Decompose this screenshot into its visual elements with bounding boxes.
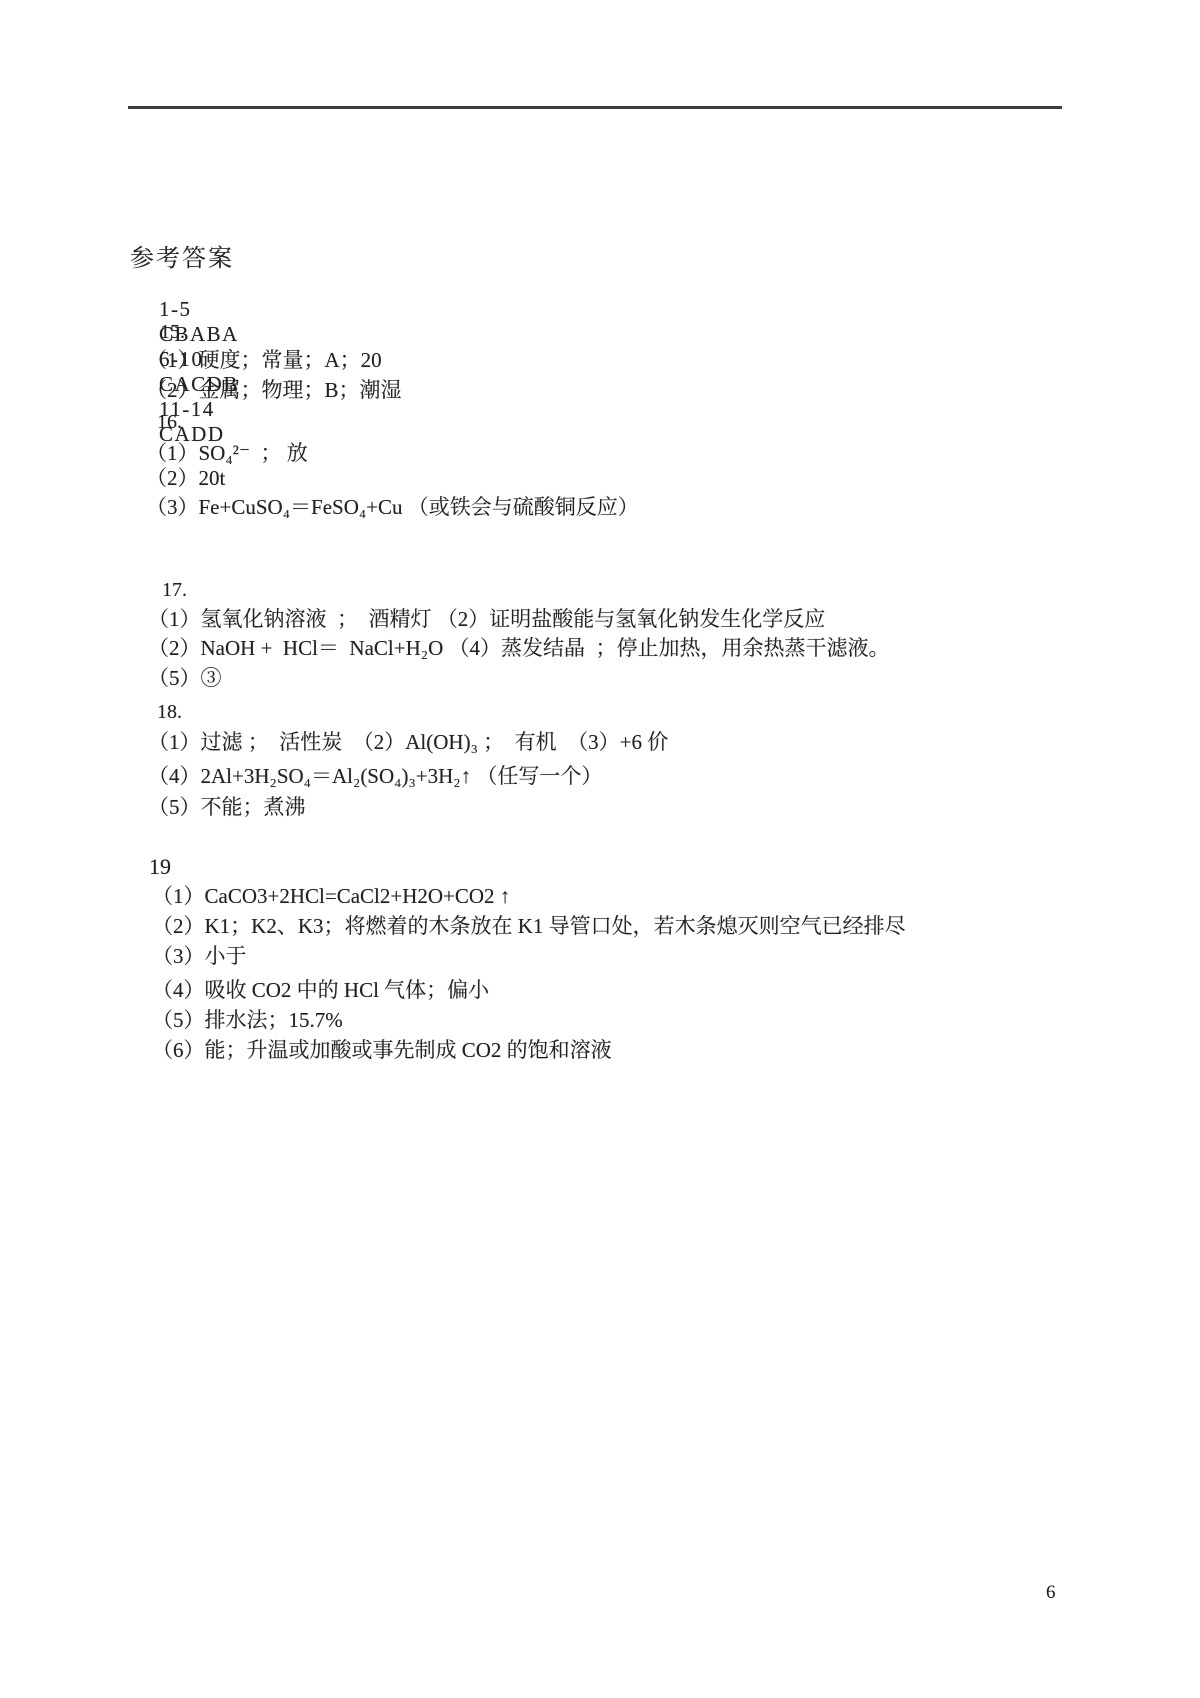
answer-line-19-1: （1）CaCO3+2HCl=CaCl2+H2O+CO2 ↑ (152, 884, 510, 908)
answer-line-15-2: （2）金属；物理；B；潮湿 (146, 378, 402, 402)
answer-line-19-6: （6）能；升温或加酸或事先制成 CO2 的饱和溶液 (152, 1038, 612, 1062)
answer-line-19-5: （5）排水法；15.7% (152, 1008, 343, 1032)
page-number: 6 (1046, 1582, 1056, 1604)
answer-line-16-2: （2）20t (146, 466, 225, 490)
mc-range-1: 1-5 (159, 297, 192, 321)
answer-line-18-3: （5）不能；煮沸 (148, 795, 306, 819)
section-19-heading: 19 (149, 855, 171, 879)
answer-line-15-1: （1）硬度；常量；A；20 (146, 348, 382, 372)
answer-line-19-4: （4）吸收 CO2 中的 HCl 气体；偏小 (152, 978, 489, 1002)
answer-line-18-2: （4）2Al+3H₂SO₄＝Al₂(SO₄)₃+3H₂↑ （任写一个） (148, 764, 602, 788)
answer-line-18-1: （1）过滤 ； 活性炭 （2）Al(OH)₃ ； 有机 （3）+6 价 (148, 730, 668, 754)
section-17-heading: 17. (162, 578, 187, 602)
section-15-heading: 15. (160, 320, 185, 344)
section-18-heading: 18. (157, 700, 182, 724)
answer-line-17-1: （1）氢氧化钠溶液 ； 酒精灯 （2）证明盐酸能与氢氧化钠发生化学反应 (148, 607, 825, 631)
answer-line-19-2: （2）K1；K2、K3；将燃着的木条放在 K1 导管口处，若木条熄灭则空气已经排… (152, 914, 906, 938)
section-16-heading: 16. (157, 410, 182, 434)
answer-line-19-3: （3）小于 (152, 944, 247, 968)
answer-line-16-1: （1）SO₄²⁻ ； 放 (146, 441, 308, 465)
answer-line-16-3: （3）Fe+CuSO₄＝FeSO₄+Cu （或铁会与硫酸铜反应） (146, 495, 639, 519)
answer-line-17-3: （5）③ (148, 666, 222, 690)
header-rule (128, 106, 1062, 109)
answer-line-17-2: （2）NaOH + HCl＝ NaCl+H₂O （4）蒸发结晶 ；停止加热，用余… (148, 636, 890, 660)
answers-title: 参考答案 (130, 238, 234, 273)
document-page: 参考答案 1-5 CBABA 6-10 CACDB 11-14 CADD 15.… (0, 0, 1200, 1698)
